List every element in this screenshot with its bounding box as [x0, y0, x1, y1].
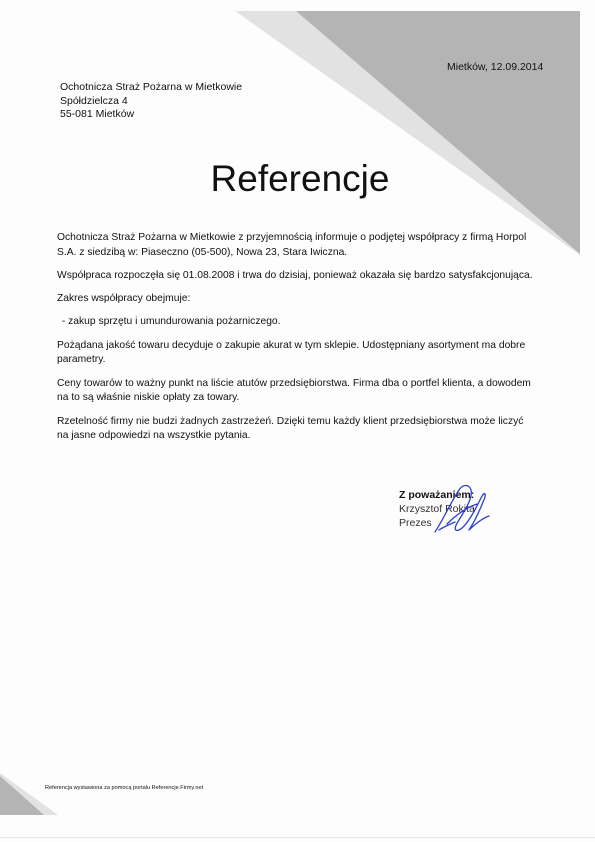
sender-address-line: Spółdzielcza 4: [60, 95, 242, 109]
sender-address-line: Ochotnicza Straż Pożarna w Mietkowie: [60, 81, 242, 95]
text-line: na to są właśnie niskie opłaty za towary…: [57, 391, 577, 406]
text-line: na jasne odpowiedzi na wszystkie pytania…: [57, 429, 577, 444]
paragraph-quality: Pożądana jakość towaru decyduje o zakupi…: [57, 339, 577, 368]
paragraph-prices: Ceny towarów to ważny punkt na liście at…: [57, 377, 577, 406]
letter-date: Mietków, 12.09.2014: [447, 61, 543, 73]
text-line: parametry.: [57, 353, 577, 368]
text-line: - zakup sprzętu i umundurowania pożarnic…: [59, 315, 577, 330]
text-line: Ochotnicza Straż Pożarna w Mietkowie z p…: [57, 231, 577, 246]
paragraph-scope-heading: Zakres współpracy obejmuje:: [57, 292, 577, 307]
text-line: Pożądana jakość towaru decyduje o zakupi…: [57, 339, 577, 354]
top-right-dark-triangle: [296, 11, 580, 254]
paragraph-cooperation-start: Współpraca rozpoczęła się 01.08.2008 i t…: [57, 269, 577, 284]
handwritten-signature-icon: [425, 480, 495, 540]
text-line: Rzetelność firmy nie budzi żadnych zastr…: [57, 415, 577, 430]
letter-page: Mietków, 12.09.2014 Ochotnicza Straż Poż…: [0, 0, 595, 842]
paragraph-intro: Ochotnicza Straż Pożarna w Mietkowie z p…: [57, 231, 577, 260]
paragraph-reliability: Rzetelność firmy nie budzi żadnych zastr…: [57, 415, 577, 444]
text-line: Współpraca rozpoczęła się 01.08.2008 i t…: [57, 269, 577, 284]
text-line: Ceny towarów to ważny punkt na liście at…: [57, 377, 577, 392]
sender-address-line: 55-081 Mietków: [60, 108, 242, 122]
sender-address: Ochotnicza Straż Pożarna w Mietkowie Spó…: [60, 81, 242, 122]
text-line: S.A. z siedzibą w: Piaseczno (05-500), N…: [57, 246, 577, 261]
letter-body: Ochotnicza Straż Pożarna w Mietkowie z p…: [57, 231, 577, 444]
paragraph-scope-item: - zakup sprzętu i umundurowania pożarnic…: [57, 315, 577, 330]
page-bottom-edge: [0, 837, 595, 838]
footer-note: Referencja wystawiona za pomocą portalu …: [45, 785, 203, 791]
document-title: Referencje: [0, 158, 595, 200]
text-line: Zakres współpracy obejmuje:: [57, 292, 577, 307]
